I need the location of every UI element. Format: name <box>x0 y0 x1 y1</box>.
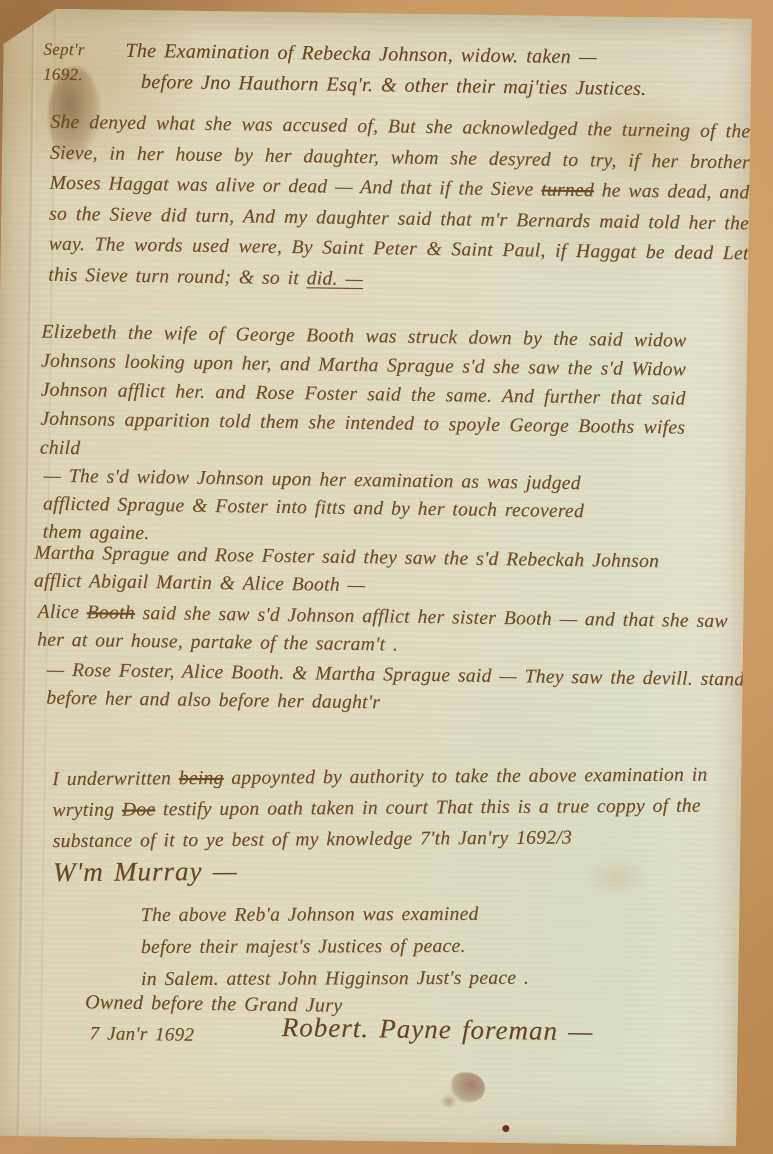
certification-line-2: before their majest's Justices of peace. <box>141 930 601 964</box>
denial-struck-word: turned <box>541 180 594 202</box>
ink-dot <box>502 1125 509 1132</box>
paragraph-denial-sieve: She denyed what she was accused of, But … <box>48 108 750 301</box>
payne-signature: Robert. Payne foreman — <box>282 1012 594 1047</box>
murray-signature: W'm Murray — <box>53 856 238 887</box>
document-title: The Examination of Rebecka Johnson, wido… <box>125 36 751 107</box>
alice-text-2: said she saw s'd Johnson afflict her sis… <box>37 603 728 656</box>
certification-block: The above Reb'a Johnson was examined bef… <box>141 898 601 996</box>
red-blot-satellite <box>441 1094 457 1108</box>
certification-line-1: The above Reb'a Johnson was examined <box>141 898 601 932</box>
attestation-struck-1: being <box>179 768 224 789</box>
paragraph-attestation: I underwritten being appoynted by author… <box>52 759 751 891</box>
paragraph-devill: — Rose Foster, Alice Booth. & Martha Spr… <box>46 657 747 723</box>
denial-underlined-word: did. — <box>307 268 364 290</box>
attestation-struck-2: Doe <box>122 799 156 820</box>
paragraph-alice-booth: Alice Booth said she saw s'd Johnson aff… <box>37 599 738 665</box>
grand-jury-date: 7 Jan'r 1692 <box>90 1023 195 1046</box>
margin-date: Sept'r 1692. <box>43 37 85 88</box>
paragraph-sprague-foster: Martha Sprague and Rose Foster said they… <box>34 539 665 604</box>
margin-date-month: Sept'r <box>43 37 85 63</box>
attestation-text-1: I underwritten <box>52 768 179 790</box>
alice-text-1: Alice <box>37 602 87 624</box>
alice-struck-word: Booth <box>87 602 135 624</box>
paragraph-booth-struck-down: Elizebeth the wife of George Booth was s… <box>40 318 687 472</box>
manuscript-page: Sept'r 1692. The Examination of Rebecka … <box>0 8 752 1146</box>
photo-backdrop: Sept'r 1692. The Examination of Rebecka … <box>0 0 773 1154</box>
vertical-fold-crease <box>16 8 36 1136</box>
margin-date-year: 1692. <box>43 62 85 88</box>
certification-line-3: in Salem. attest John Higginson Just's p… <box>141 962 601 996</box>
